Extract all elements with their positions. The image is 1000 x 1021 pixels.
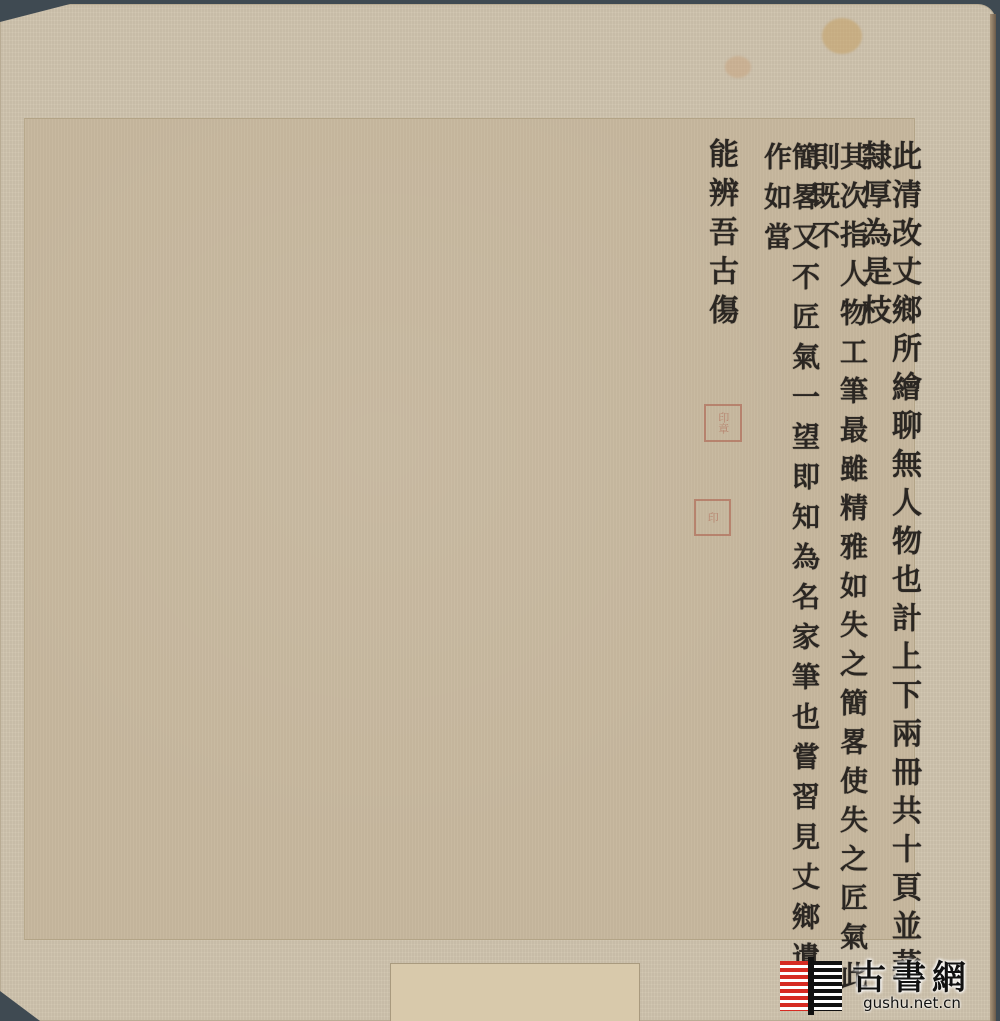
calligraphy-column-3: 簡畧又不匠氣一望即知為名家筆也嘗習見丈鄉遺作如當: [762, 142, 818, 1021]
calligraphy-column-4: 能辨吾古傷: [705, 138, 735, 333]
paper-label-slip: [390, 963, 640, 1021]
red-seal-stamp: 印: [694, 499, 731, 536]
mount-corner-shadow: [0, 4, 70, 22]
gushu-logo-icon: [780, 957, 846, 1015]
watermark-site-name: 古書網: [852, 961, 972, 995]
foxing-stain: [822, 18, 862, 54]
mount-corner-shadow: [0, 991, 40, 1021]
red-seal-stamp: 印章: [704, 404, 742, 442]
mount-edge: [990, 14, 996, 1021]
foxing-stain: [725, 56, 751, 78]
watermark-url: gushu.net.cn: [863, 995, 961, 1012]
site-watermark: 古書網 gushu.net.cn: [780, 956, 976, 1016]
